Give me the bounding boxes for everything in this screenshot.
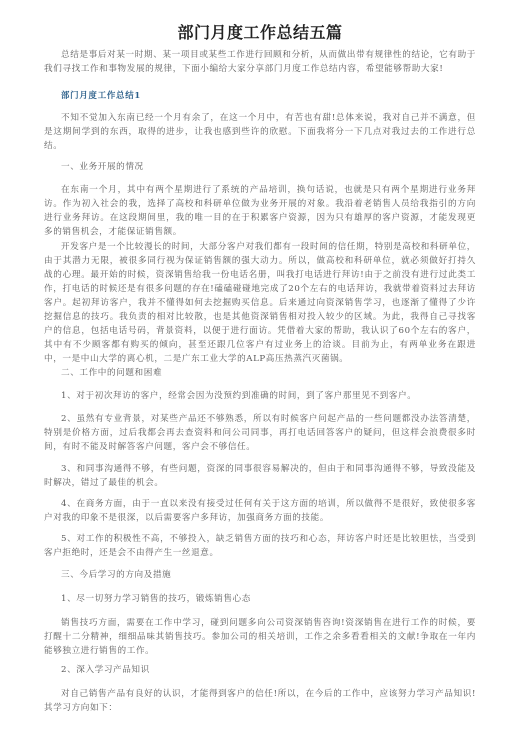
section2-item-4-block: 4、在商务方面，由于一直以来没有接受过任何有关于这方面的培训，所以做得不是很好，… <box>44 497 476 525</box>
section3-sub1-heading-block: 1、尽一切努力学习销售的技巧，锻炼销售心态 <box>44 592 476 606</box>
section1-paragraph-2-block: 开发客户是一个比较漫长的时间，大部分客户对我们都有一段时间的信任期，特别是高校和… <box>44 240 476 366</box>
article-heading: 部门月度工作总结1 <box>44 88 476 102</box>
section3-sub2-body-block: 对自己销售产品有良好的认识，才能得到客户的信任!所以，在今后的工作中，应该努力学… <box>44 687 476 715</box>
section3-sub2-heading-block: 2、深入学习产品知识 <box>44 663 476 677</box>
section2-heading: 二、工作中的问题和困难 <box>44 366 476 380</box>
section2-item-1-block: 1、对于初次拜访的客户，经常会因为没预约到准确的时间，到了客户那里见不到客户。 <box>44 389 476 403</box>
article-heading-block: 部门月度工作总结1 <box>44 88 476 102</box>
section2-item-3-block: 3、和同事沟通得不够，有些问题，资深的同事很容易解决的，但由于和同事沟通得不够，… <box>44 462 476 490</box>
problem-item: 5、对工作的积极性不高，不够投入，缺乏销售方面的技巧和心态，拜访客户时还是比较胆… <box>44 532 476 560</box>
section2-heading-block: 二、工作中的问题和困难 <box>44 366 476 380</box>
document-title: 部门月度工作总结五篇 <box>0 20 520 43</box>
section3-heading: 三、今后学习的方向及措施 <box>44 568 476 582</box>
intro-paragraph: 总结是事后对某一时期、某一项目或某些工作进行回顾和分析，从而做出带有规律性的结论… <box>44 48 476 76</box>
problem-item: 4、在商务方面，由于一直以来没有接受过任何有关于这方面的培训，所以做得不是很好，… <box>44 497 476 525</box>
section3-paragraph: 销售技巧方面，需要在工作中学习，碰到问题多向公司资深销售咨询!资深销售在进行工作… <box>44 616 476 658</box>
section1-heading-block: 一、业务开展的情况 <box>44 160 476 174</box>
section2-item-5-block: 5、对工作的积极性不高，不够投入，缺乏销售方面的技巧和心态，拜访客户时还是比较胆… <box>44 532 476 560</box>
section1-paragraph: 在东南一个月，其中有两个星期进行了系统的产品培训，换句话说，也就是只有两个星期进… <box>44 183 476 239</box>
section2-item-2-block: 2、虽然有专业背景，对某些产品还不够熟悉，所以有时候客户问起产品的一些问题都没办… <box>44 412 476 454</box>
article-opening-paragraph: 不知不觉加入东南已经一个月有余了，在这一个月中，有苦也有甜!总体来说，我对自己并… <box>44 111 476 153</box>
section1-paragraph: 开发客户是一个比较漫长的时间，大部分客户对我们都有一段时间的信任期，特别是高校和… <box>44 240 476 366</box>
problem-item: 1、对于初次拜访的客户，经常会因为没预约到准确的时间，到了客户那里见不到客户。 <box>44 389 476 403</box>
problem-item: 3、和同事沟通得不够，有些问题，资深的同事很容易解决的，但由于和同事沟通得不够，… <box>44 462 476 490</box>
section3-subheading: 1、尽一切努力学习销售的技巧，锻炼销售心态 <box>44 592 476 606</box>
intro-paragraph-block: 总结是事后对某一时期、某一项目或某些工作进行回顾和分析，从而做出带有规律性的结论… <box>44 48 476 76</box>
section3-subheading: 2、深入学习产品知识 <box>44 663 476 677</box>
section1-paragraph-1-block: 在东南一个月，其中有两个星期进行了系统的产品培训，换句话说，也就是只有两个星期进… <box>44 183 476 239</box>
section1-heading: 一、业务开展的情况 <box>44 160 476 174</box>
article-opening-block: 不知不觉加入东南已经一个月有余了，在这一个月中，有苦也有甜!总体来说，我对自己并… <box>44 111 476 153</box>
section3-paragraph: 对自己销售产品有良好的认识，才能得到客户的信任!所以，在今后的工作中，应该努力学… <box>44 687 476 715</box>
problem-item: 2、虽然有专业背景，对某些产品还不够熟悉，所以有时候客户问起产品的一些问题都没办… <box>44 412 476 454</box>
section3-sub1-body-block: 销售技巧方面，需要在工作中学习，碰到问题多向公司资深销售咨询!资深销售在进行工作… <box>44 616 476 658</box>
section3-heading-block: 三、今后学习的方向及措施 <box>44 568 476 582</box>
